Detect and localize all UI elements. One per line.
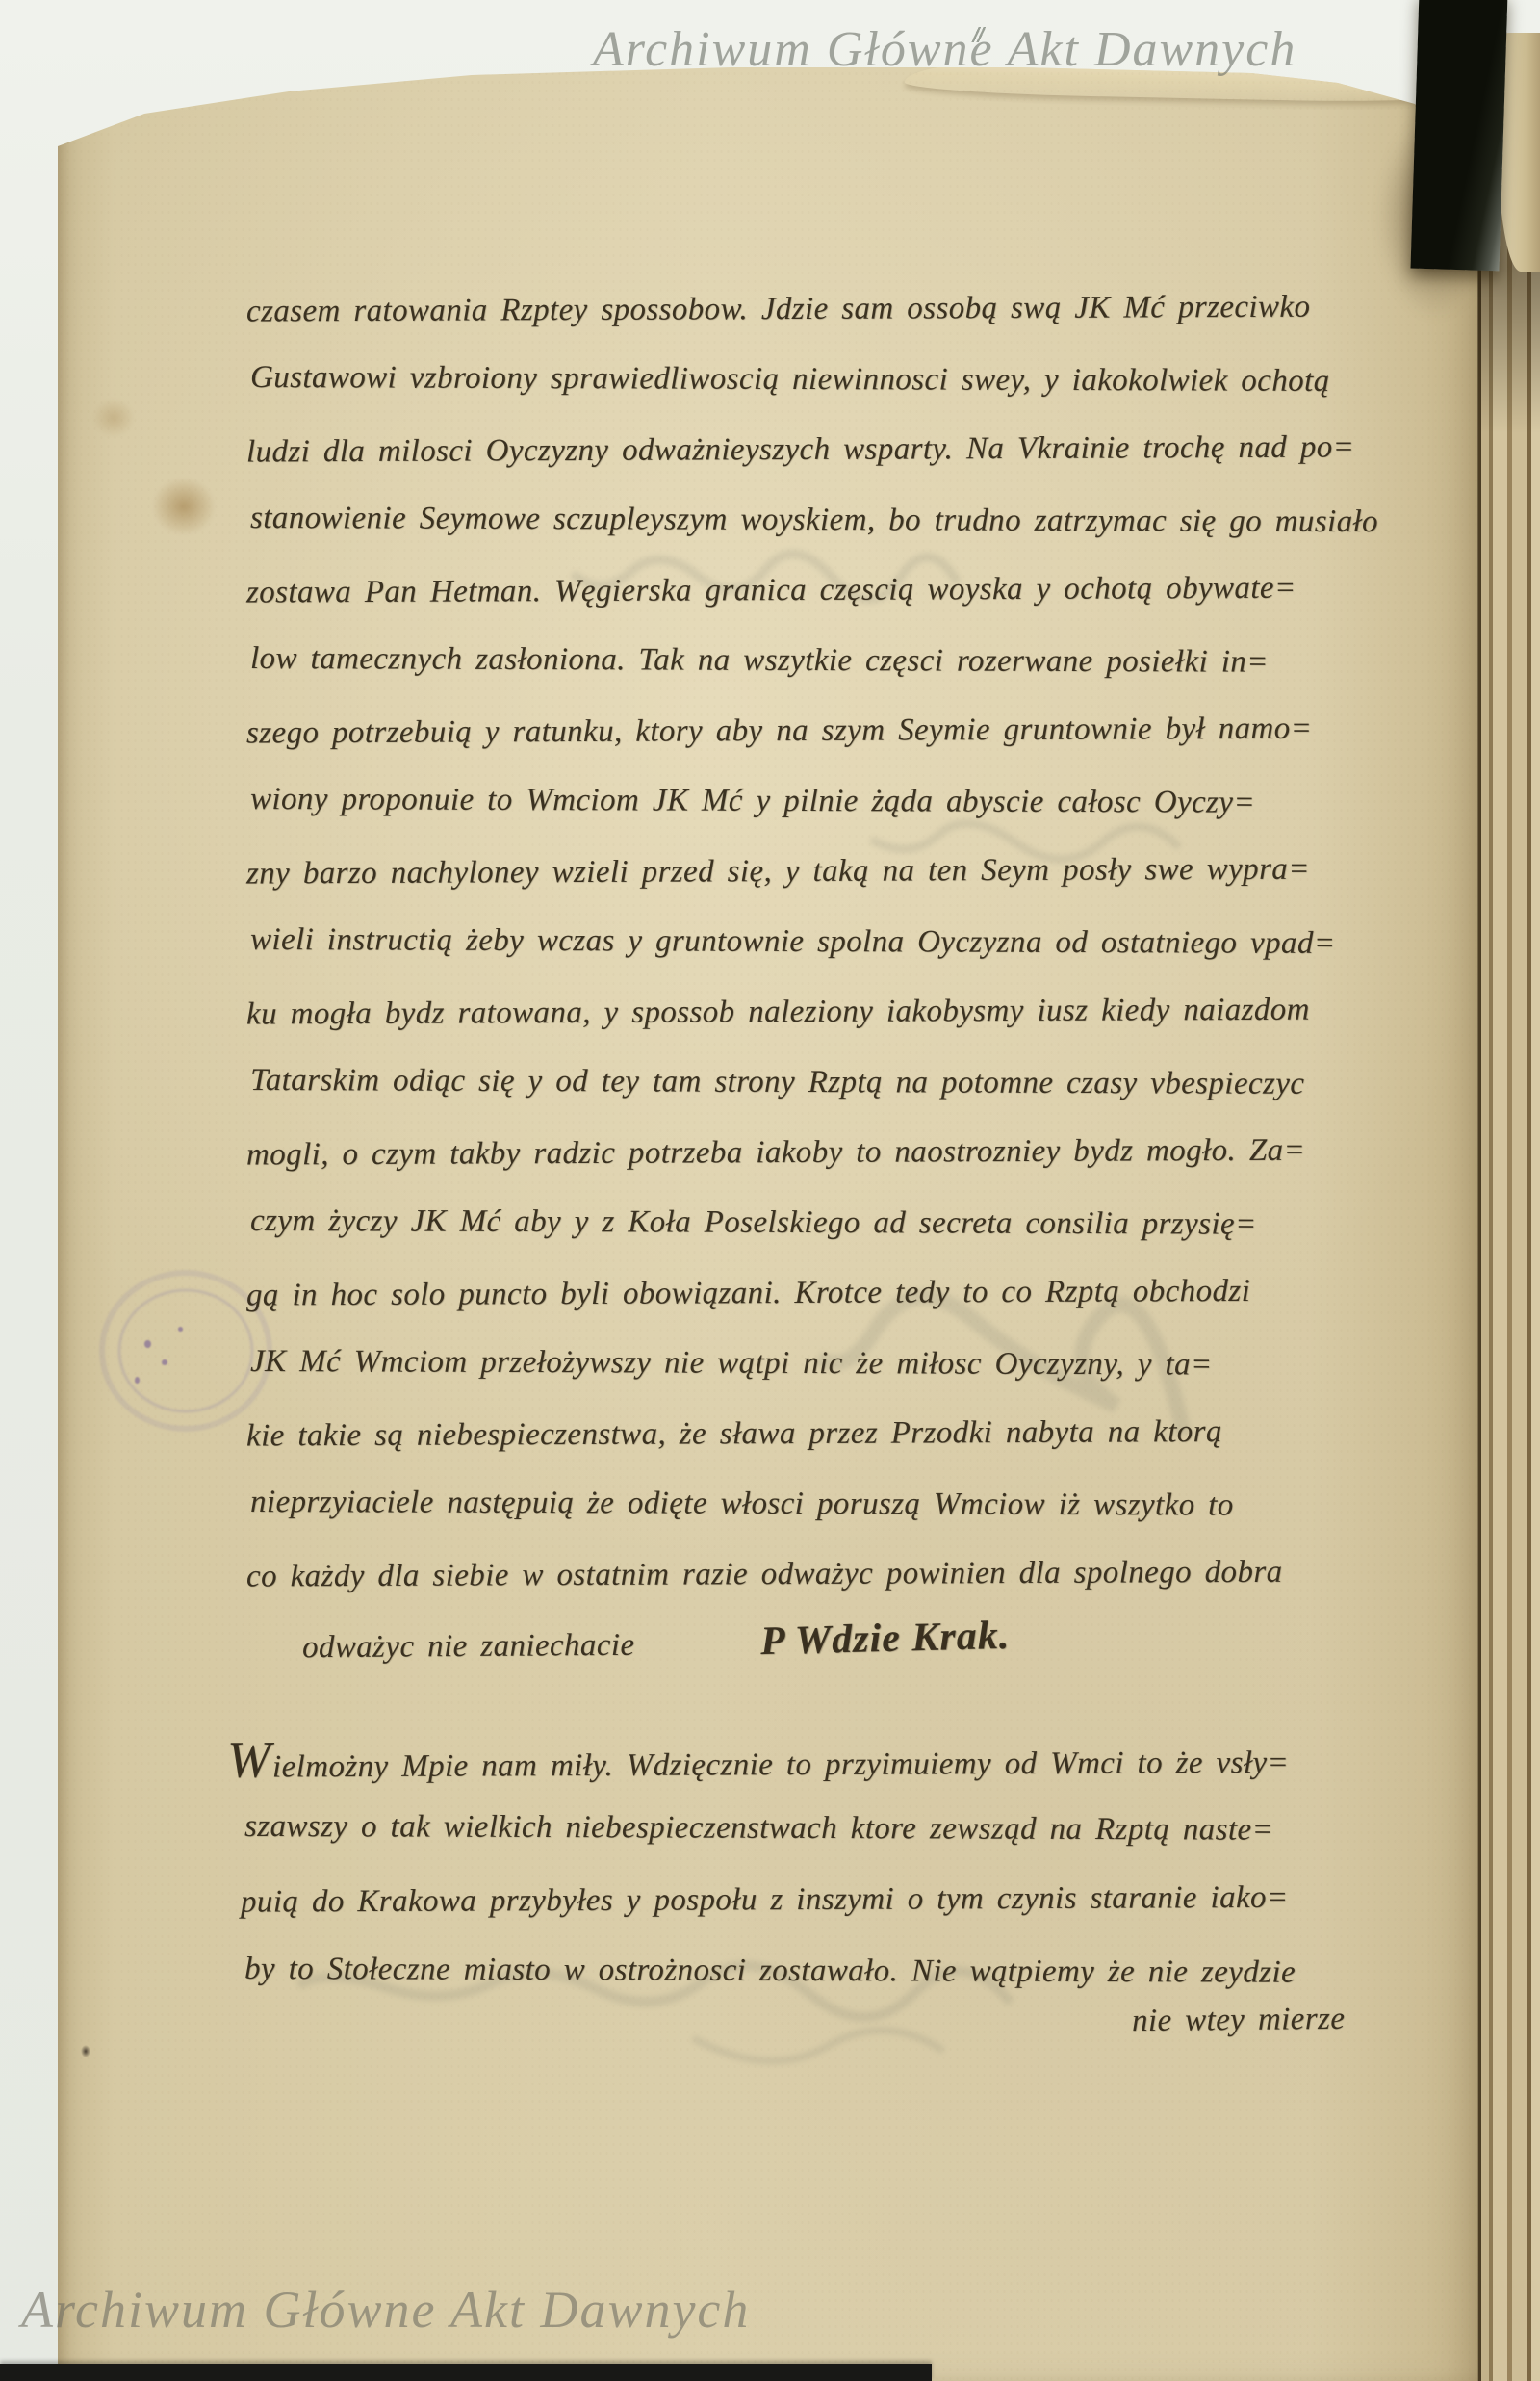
docket-note: P Wdzie Krak. (759, 1602, 1011, 1675)
text-line: czasem ratowania Rzptey spossobow. Jdzie… (246, 274, 1353, 349)
text-line: ku mogła bydz ratowana, y spossob nalezi… (246, 977, 1353, 1052)
stamp-ink-speck (162, 1359, 167, 1365)
scanned-document-view: Archiwum Główne Akt Dawnych Archiwum Głó… (0, 0, 1540, 2381)
text-line: szawszy o tak wielkich niebespieczenstwa… (244, 1795, 1399, 1870)
bookmark-ribbon (1410, 0, 1507, 271)
page-top-curl (905, 52, 1464, 104)
paragraph1-closing-line: odważyc nie zaniechacie (302, 1612, 635, 1681)
scan-edge-bar (0, 2364, 932, 2381)
text-line: Tatarskim odiąc się y od tey tam strony … (250, 1048, 1357, 1123)
stamp-ink-speck (144, 1340, 151, 1348)
text-line: puią do Krakowa przybyłes y pospołu z in… (241, 1865, 1396, 1941)
text-line: co każdy dla siebie w ostatnim razie odw… (246, 1540, 1353, 1615)
stamp-ink-speck (135, 1377, 140, 1384)
text-line: zostawa Pan Hetman. Węgierska granica cz… (246, 556, 1353, 631)
manuscript-paragraph-2: Wielmożny Mpie nam miły. Wdzięcznie to p… (241, 1725, 1396, 2010)
text-line: wieli instructią żeby wczas y gruntownie… (250, 908, 1357, 982)
stamp-ink-speck (178, 1327, 183, 1332)
text-line: by to Stołeczne miasto w ostrożnosci zos… (244, 1937, 1399, 2012)
closing-row: odważyc nie zaniechacie P Wdzie Krak. (246, 1613, 1353, 1686)
text-line: mogli, o czym takby radzic potrzeba iako… (246, 1118, 1353, 1193)
paper-stain (92, 399, 135, 437)
text-line: JK Mć Wmciom przełożywszy nie wątpi nic … (250, 1330, 1357, 1404)
book-page-edges (1478, 144, 1540, 2381)
text-line: low tamecznych zasłoniona. Tak na wszytk… (250, 627, 1357, 701)
text-line: wiony proponuie to Wmciom JK Mć y pilnie… (250, 767, 1357, 841)
pencil-tick-mark (968, 27, 986, 42)
manuscript-paragraph-1: czasem ratowania Rzptey spossobow. Jdzie… (246, 277, 1353, 1686)
text-line: Wielmożny Mpie nam miły. Wdzięcznie to p… (241, 1722, 1396, 1799)
margin-ink-speck (81, 2045, 90, 2057)
text-line: gą in hoc solo puncto byli obowiązani. K… (246, 1258, 1353, 1333)
text-line: czym życzy JK Mć aby y z Koła Poselskieg… (250, 1189, 1357, 1263)
text-line: ludzi dla milosci Oyczyzny odważnieyszyc… (246, 415, 1353, 490)
text-line: nieprzyiaciele następuią że odięte włosc… (250, 1470, 1357, 1544)
paragraph2-closing-line: nie wtey mierze (1132, 2002, 1346, 2039)
text-line: zny barzo nachyloney wzieli przed się, y… (246, 837, 1353, 912)
text-line: szego potrzebuią y ratunku, ktory aby na… (246, 696, 1353, 771)
text-line: kie takie są niebespieczenstwa, że sława… (246, 1399, 1353, 1474)
paper-stain (152, 478, 216, 535)
text-line: Gustawowi vzbroiony sprawiedliwoscią nie… (250, 346, 1357, 420)
text-line: stanowienie Seymowe sczupleyszym woyskie… (250, 486, 1357, 560)
